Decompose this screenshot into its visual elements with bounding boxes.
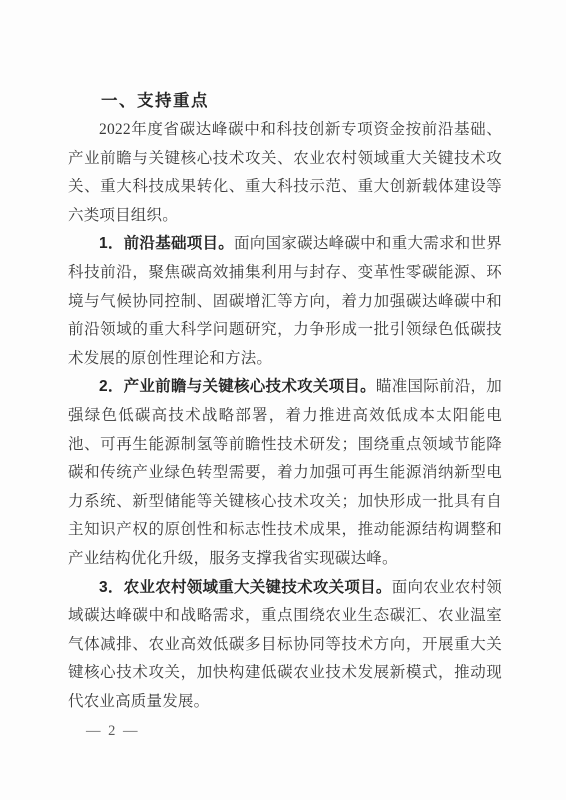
- item-2-label: 2．产业前瞻与关键核心技术攻关项目。: [99, 378, 376, 395]
- item-3-label: 3．农业农村领域重大关键技术攻关项目。: [99, 579, 392, 596]
- item-paragraph-1: 1．前沿基础项目。面向国家碳达峰碳中和重大需求和世界科技前沿，聚焦碳高效捕集利用…: [68, 230, 502, 373]
- page-number: — 2 —: [86, 723, 502, 740]
- item-3-body: 面向农业农村领域碳达峰碳中和战略需求，重点围绕农业生态碳汇、农业温室气体减排、农…: [68, 579, 502, 710]
- item-2-body: 瞄准国际前沿，加强绿色低碳高技术战略部署，着力推进高效低成本太阳能电池、可再生能…: [68, 378, 502, 567]
- item-paragraph-3: 3．农业农村领域重大关键技术攻关项目。面向农业农村领域碳达峰碳中和战略需求，重点…: [68, 574, 502, 717]
- item-1-label: 1．前沿基础项目。: [99, 235, 234, 252]
- intro-paragraph: 2022年度省碳达峰碳中和科技创新专项资金按前沿基础、产业前瞻与关键核心技术攻关…: [68, 116, 502, 230]
- item-1-body: 面向国家碳达峰碳中和重大需求和世界科技前沿，聚焦碳高效捕集利用与封存、变革性零碳…: [68, 235, 502, 366]
- document-page: 一、支持重点 2022年度省碳达峰碳中和科技创新专项资金按前沿基础、产业前瞻与关…: [0, 0, 566, 800]
- item-paragraph-2: 2．产业前瞻与关键核心技术攻关项目。瞄准国际前沿，加强绿色低碳高技术战略部署，着…: [68, 373, 502, 573]
- section-heading: 一、支持重点: [68, 88, 502, 114]
